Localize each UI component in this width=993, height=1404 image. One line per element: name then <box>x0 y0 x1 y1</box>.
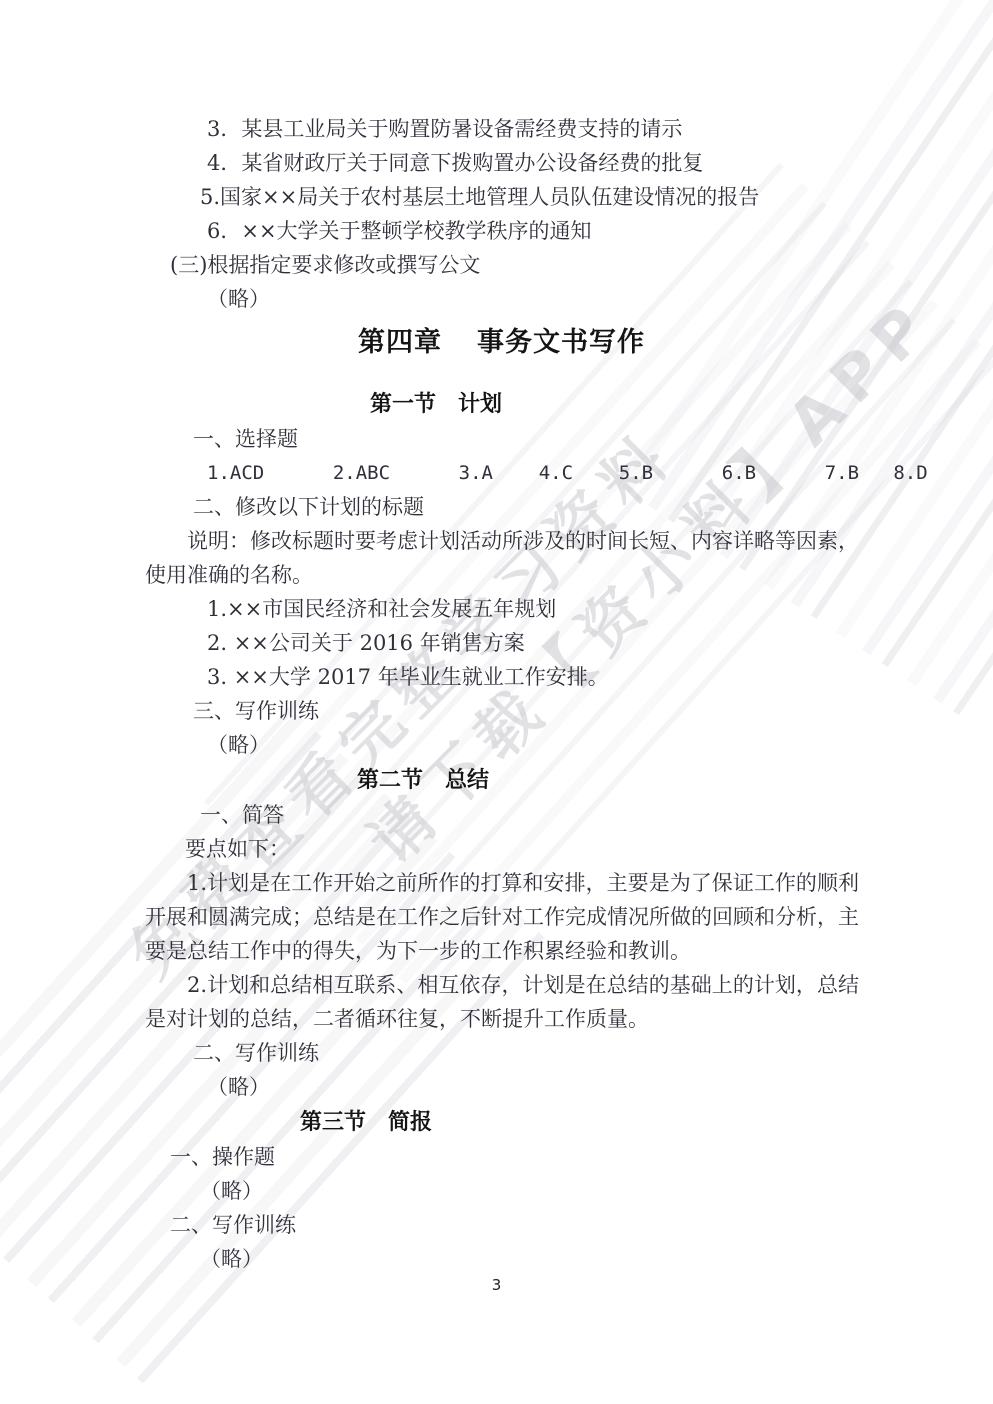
section-title: 简报 <box>388 1110 432 1135</box>
answer-paragraph: 2.计划和总结相互联系、相互依存，计划是在总结的基础上的计划，总结是对计划的总结… <box>145 968 859 1036</box>
subsection-heading: (三)根据指定要求修改或撰写公文 <box>145 248 859 282</box>
answer-paragraph: 1.计划是在工作开始之前所作的打算和安排，主要是为了保证工作的顺利开展和圆满完成… <box>145 866 859 968</box>
section-title: 总结 <box>445 768 489 793</box>
answer-list-item: 3．某县工业局关于购置防暑设备需经费支持的请示 <box>145 112 859 146</box>
note-paragraph: 说明：修改标题时要考虑计划活动所涉及的时间长短、内容详略等因素，使用准确的名称。 <box>145 524 859 592</box>
answer-list-item: 4．某省财政厅关于同意下拨购置办公设备经费的批复 <box>145 146 859 180</box>
title-list-item: 3. ××大学 2017 年毕业生就业工作安排。 <box>145 660 859 694</box>
section-label: 第二节 <box>357 768 423 793</box>
section-heading-2: 第二节总结 <box>145 764 859 798</box>
section-title: 计划 <box>458 392 502 417</box>
question-heading: 二、写作训练 <box>145 1208 859 1242</box>
section-label: 第三节 <box>300 1110 366 1135</box>
omitted-marker: （略） <box>145 1070 859 1104</box>
choice-answers-line: 1.ACD 2.ABC 3.A 4.C 5.B 6.B 7.B 8.D <box>145 456 859 490</box>
document-page: 免费查看完整学习资料 请下载【资小料】APP 3．某县工业局关于购置防暑设备需经… <box>0 0 993 1404</box>
question-heading: 一、操作题 <box>145 1140 859 1174</box>
page-number: 3 <box>0 1276 993 1294</box>
chapter-title: 事务文书写作 <box>477 327 645 358</box>
section-label: 第一节 <box>370 392 436 417</box>
question-heading: 二、修改以下计划的标题 <box>145 490 859 524</box>
omitted-marker: （略） <box>145 728 859 762</box>
omitted-marker: （略） <box>145 1174 859 1208</box>
answer-intro: 要点如下： <box>145 832 859 866</box>
page-content: 3．某县工业局关于购置防暑设备需经费支持的请示 4．某省财政厅关于同意下拨购置办… <box>145 112 859 1276</box>
chapter-heading: 第四章事务文书写作 <box>145 324 859 362</box>
answer-list-item: 5.国家××局关于农村基层土地管理人员队伍建设情况的报告 <box>145 180 859 214</box>
question-heading: 一、简答 <box>145 798 859 832</box>
section-heading-3: 第三节简报 <box>145 1106 859 1140</box>
title-list-item: 1.××市国民经济和社会发展五年规划 <box>145 592 859 626</box>
answer-list-item: 6．××大学关于整顿学校教学秩序的通知 <box>145 214 859 248</box>
title-list-item: 2. ××公司关于 2016 年销售方案 <box>145 626 859 660</box>
chapter-label: 第四章 <box>358 327 442 358</box>
question-heading: 三、写作训练 <box>145 694 859 728</box>
section-heading-1: 第一节计划 <box>145 388 859 422</box>
omitted-marker: （略） <box>145 1242 859 1276</box>
question-heading: 二、写作训练 <box>145 1036 859 1070</box>
question-heading: 一、选择题 <box>145 422 859 456</box>
omitted-marker: （略） <box>145 282 859 316</box>
